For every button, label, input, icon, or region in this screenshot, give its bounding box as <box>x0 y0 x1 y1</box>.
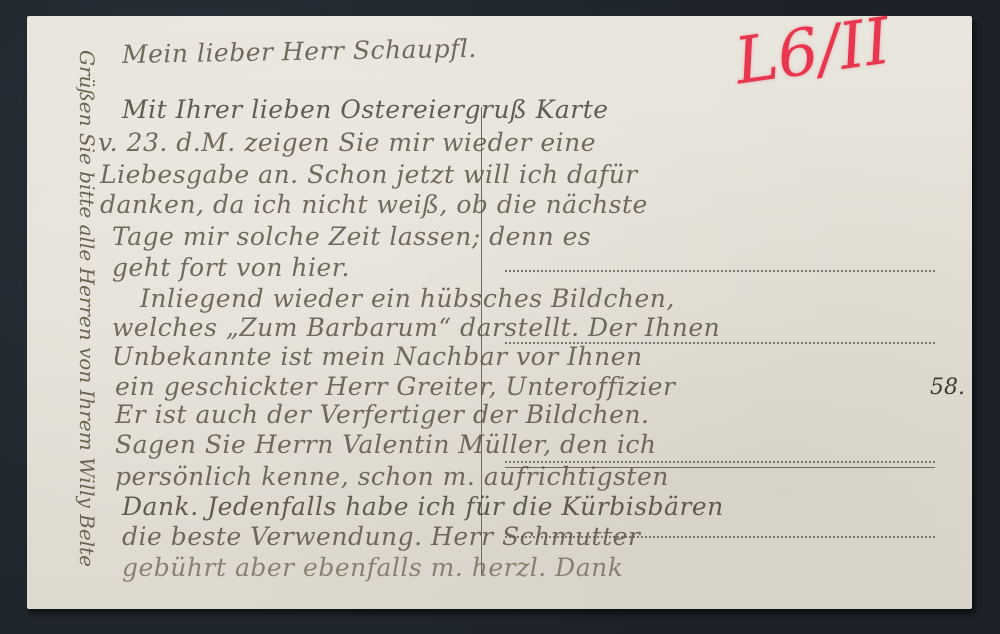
letter-line-3: v. 23. d.M. zeigen Sie mir wieder eine <box>98 128 596 157</box>
letter-line-7: geht fort von hier. <box>112 253 350 282</box>
letter-line-14: persönlich kenne, schon m. aufrichtigste… <box>115 462 669 491</box>
letter-line-16: die beste Verwendung. Herr Schmutter <box>122 522 640 551</box>
letter-line-13: Sagen Sie Herrn Valentin Müller, den ich <box>115 430 656 459</box>
address-line-1 <box>505 270 935 272</box>
side-note-margin: Grüßen Sie bitte alle Herren von Ihrem W… <box>75 50 99 567</box>
letter-line-5: danken, da ich nicht weiß, ob die nächst… <box>100 190 648 219</box>
letter-line-4: Liebesgabe an. Schon jetzt will ich dafü… <box>100 160 638 189</box>
letter-line-2: Mit Ihrer lieben Ostereiergruß Karte <box>122 95 609 124</box>
letter-line-9: welches „Zum Barbarum“ darstellt. Der Ih… <box>112 313 720 342</box>
letter-line-8: Inliegend wieder ein hübsches Bildchen, <box>140 284 675 313</box>
letter-line-1: Mein lieber Herr Schaupfl. <box>122 34 477 69</box>
letter-line-17: gebührt aber ebenfalls m. herzl. Dank <box>122 553 623 582</box>
letter-line-12: Er ist auch der Verfertiger der Bildchen… <box>115 400 649 429</box>
page-number: 58. <box>930 375 965 400</box>
letter-line-6: Tage mir solche Zeit lassen; denn es <box>112 222 591 251</box>
letter-line-10: Unbekannte ist mein Nachbar vor Ihnen <box>112 342 643 371</box>
letter-line-11: ein geschickter Herr Greiter, Unteroffiz… <box>115 372 675 401</box>
letter-line-15: Dank. Jedenfalls habe ich für die Kürbis… <box>122 492 724 521</box>
